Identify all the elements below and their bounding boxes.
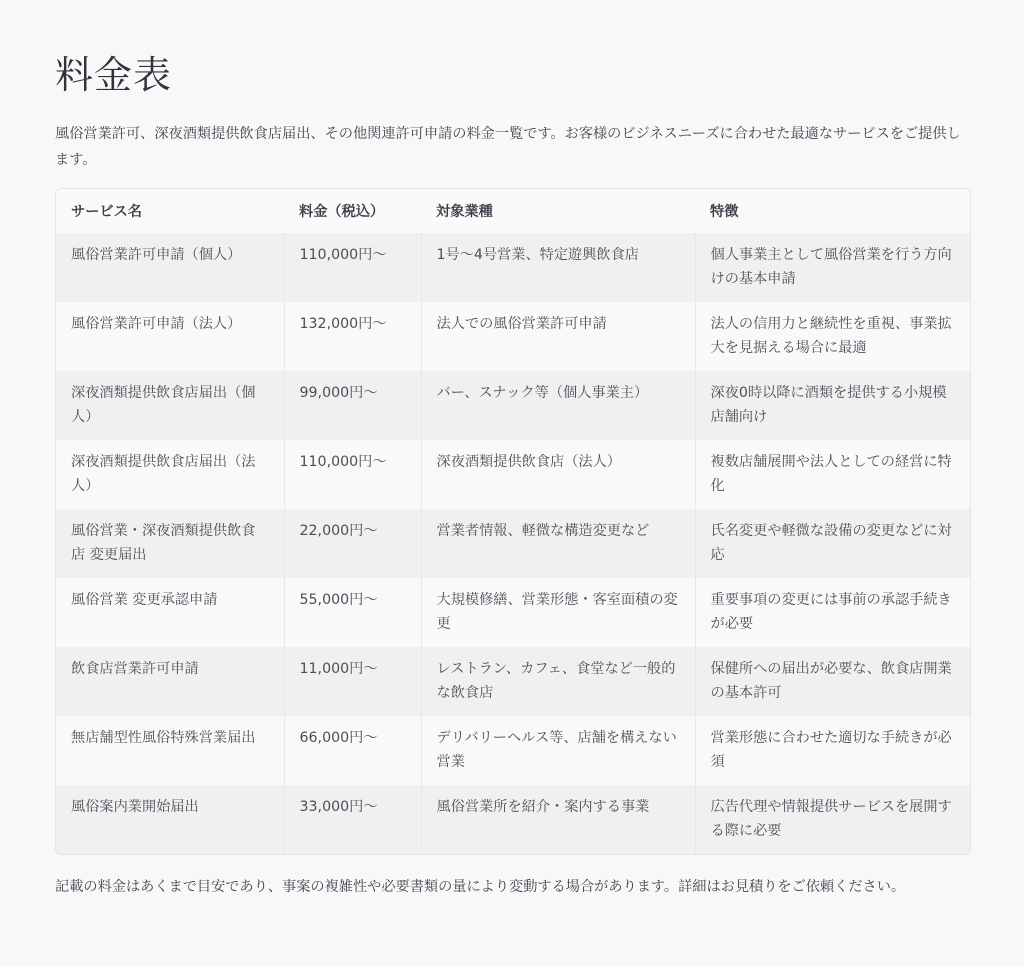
cell-price: 22,000円〜: [284, 509, 421, 578]
page-title: 料金表: [55, 44, 172, 99]
cell-service-name: 深夜酒類提供飲食店届出（個人）: [56, 371, 284, 440]
intro-text: 風俗営業許可、深夜酒類提供飲食店届出、その他関連許可申請の料金一覧です。お客様の…: [55, 121, 970, 173]
cell-features: 個人事業主として風俗営業を行う方向けの基本申請: [695, 233, 970, 302]
table-row: 風俗営業許可申請（法人） 132,000円〜 法人での風俗営業許可申請 法人の信…: [56, 302, 970, 371]
table-row: 風俗営業許可申請（個人） 110,000円〜 1号〜4号営業、特定遊興飲食店 個…: [56, 233, 970, 302]
cell-features: 保健所への届出が必要な、飲食店開業の基本許可: [695, 647, 970, 716]
cell-service-name: 飲食店営業許可申請: [56, 647, 284, 716]
cell-price: 66,000円〜: [284, 716, 421, 785]
cell-target-business: 深夜酒類提供飲食店（法人）: [421, 440, 695, 509]
pricing-table-container: サービス名 料金（税込） 対象業種 特徴 風俗営業許可申請（個人） 110,00…: [55, 188, 971, 855]
cell-features: 複数店舗展開や法人としての経営に特化: [695, 440, 970, 509]
table-row: 風俗営業・深夜酒類提供飲食店 変更届出 22,000円〜 営業者情報、軽微な構造…: [56, 509, 970, 578]
table-row: 風俗営業 変更承認申請 55,000円〜 大規模修繕、営業形態・客室面積の変更 …: [56, 578, 970, 647]
cell-target-business: バー、スナック等（個人事業主）: [421, 371, 695, 440]
cell-service-name: 風俗営業許可申請（法人）: [56, 302, 284, 371]
table-header-row: サービス名 料金（税込） 対象業種 特徴: [56, 189, 970, 233]
cell-service-name: 風俗営業 変更承認申請: [56, 578, 284, 647]
cell-target-business: 大規模修繕、営業形態・客室面積の変更: [421, 578, 695, 647]
header-target-business: 対象業種: [421, 189, 695, 233]
cell-features: 法人の信用力と継続性を重視、事業拡大を見据える場合に最適: [695, 302, 970, 371]
cell-features: 広告代理や情報提供サービスを展開する際に必要: [695, 785, 970, 854]
cell-target-business: 1号〜4号営業、特定遊興飲食店: [421, 233, 695, 302]
header-price: 料金（税込）: [284, 189, 421, 233]
cell-price: 110,000円〜: [284, 440, 421, 509]
cell-target-business: デリバリーヘルス等、店舗を構えない営業: [421, 716, 695, 785]
cell-price: 55,000円〜: [284, 578, 421, 647]
cell-features: 営業形態に合わせた適切な手続きが必須: [695, 716, 970, 785]
pricing-table: サービス名 料金（税込） 対象業種 特徴 風俗営業許可申請（個人） 110,00…: [56, 189, 970, 854]
cell-service-name: 深夜酒類提供飲食店届出（法人）: [56, 440, 284, 509]
cell-target-business: 風俗営業所を紹介・案内する事業: [421, 785, 695, 854]
cell-service-name: 無店舗型性風俗特殊営業届出: [56, 716, 284, 785]
cell-price: 110,000円〜: [284, 233, 421, 302]
cell-features: 深夜0時以降に酒類を提供する小規模店舗向け: [695, 371, 970, 440]
cell-price: 11,000円〜: [284, 647, 421, 716]
cell-price: 99,000円〜: [284, 371, 421, 440]
cell-target-business: レストラン、カフェ、食堂など一般的な飲食店: [421, 647, 695, 716]
cell-price: 33,000円〜: [284, 785, 421, 854]
table-row: 深夜酒類提供飲食店届出（法人） 110,000円〜 深夜酒類提供飲食店（法人） …: [56, 440, 970, 509]
table-row: 飲食店営業許可申請 11,000円〜 レストラン、カフェ、食堂など一般的な飲食店…: [56, 647, 970, 716]
cell-features: 氏名変更や軽微な設備の変更などに対応: [695, 509, 970, 578]
cell-service-name: 風俗営業許可申請（個人）: [56, 233, 284, 302]
table-row: 深夜酒類提供飲食店届出（個人） 99,000円〜 バー、スナック等（個人事業主）…: [56, 371, 970, 440]
cell-service-name: 風俗案内業開始届出: [56, 785, 284, 854]
cell-features: 重要事項の変更には事前の承認手続きが必要: [695, 578, 970, 647]
header-features: 特徴: [695, 189, 970, 233]
cell-service-name: 風俗営業・深夜酒類提供飲食店 変更届出: [56, 509, 284, 578]
pricing-disclaimer: 記載の料金はあくまで目安であり、事案の複雑性や必要書類の量により変動する場合があ…: [55, 874, 970, 900]
header-service-name: サービス名: [56, 189, 284, 233]
cell-price: 132,000円〜: [284, 302, 421, 371]
cell-target-business: 法人での風俗営業許可申請: [421, 302, 695, 371]
table-row: 風俗案内業開始届出 33,000円〜 風俗営業所を紹介・案内する事業 広告代理や…: [56, 785, 970, 854]
table-row: 無店舗型性風俗特殊営業届出 66,000円〜 デリバリーヘルス等、店舗を構えない…: [56, 716, 970, 785]
cell-target-business: 営業者情報、軽微な構造変更など: [421, 509, 695, 578]
